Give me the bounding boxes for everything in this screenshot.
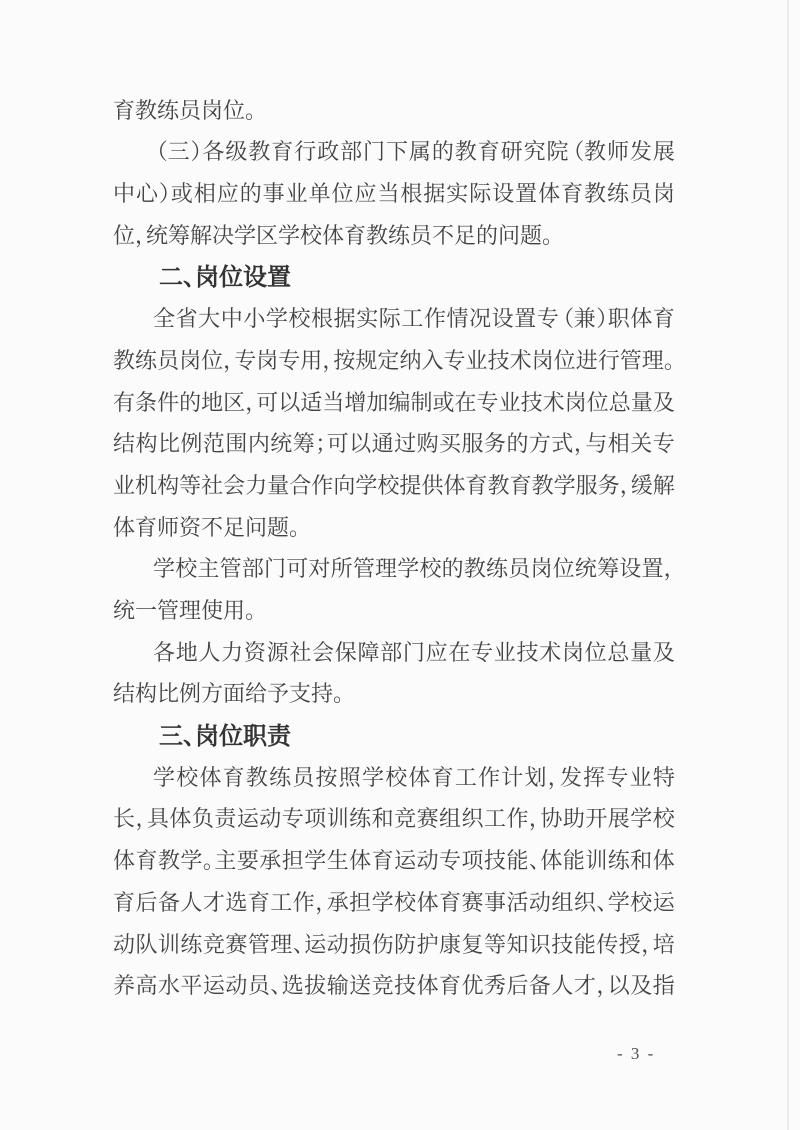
text-line: 长，具体负责运动专项训练和竞赛组织工作，协助开展学校 — [113, 799, 675, 841]
document-body: 育教练员岗位。 （三）各级教育行政部门下属的教育研究院（教师发展 中心）或相应的… — [113, 90, 675, 1007]
section-heading: 三、岗位职责 — [113, 715, 675, 757]
page-number: - 3 - — [617, 1044, 655, 1064]
text-line: 动队训练竞赛管理、运动损伤防护康复等知识技能传授，培 — [113, 924, 675, 966]
text-line: 各地人力资源社会保障部门应在专业技术岗位总量及 — [113, 632, 675, 674]
text-line: 体育师资不足问题。 — [113, 507, 675, 549]
text-line: 中心）或相应的事业单位应当根据实际设置体育教练员岗 — [113, 173, 675, 215]
text-line: 学校体育教练员按照学校体育工作计划，发挥专业特 — [113, 757, 675, 799]
text-line: 位，统筹解决学区学校体育教练员不足的问题。 — [113, 215, 675, 257]
text-line: 统一管理使用。 — [113, 590, 675, 632]
text-line: 教练员岗位，专岗专用，按规定纳入专业技术岗位进行管理。 — [113, 340, 675, 382]
scanned-document-page: 育教练员岗位。 （三）各级教育行政部门下属的教育研究院（教师发展 中心）或相应的… — [0, 0, 800, 1130]
text-line: 育后备人才选育工作，承担学校体育赛事活动组织、学校运 — [113, 882, 675, 924]
text-line: 有条件的地区，可以适当增加编制或在专业技术岗位总量及 — [113, 382, 675, 424]
text-line: 结构比例范围内统筹；可以通过购买服务的方式，与相关专 — [113, 424, 675, 466]
text-line: 结构比例方面给予支持。 — [113, 674, 675, 716]
text-line: 业机构等社会力量合作向学校提供体育教育教学服务，缓解 — [113, 465, 675, 507]
section-heading: 二、岗位设置 — [113, 257, 675, 299]
scan-edge-line — [787, 0, 789, 1130]
text-line: 育教练员岗位。 — [113, 90, 675, 132]
text-line: 体育教学。主要承担学生体育运动专项技能、体能训练和体 — [113, 840, 675, 882]
text-line: 学校主管部门可对所管理学校的教练员岗位统筹设置， — [113, 549, 675, 591]
text-line: 养高水平运动员、选拔输送竞技体育优秀后备人才，以及指 — [113, 965, 675, 1007]
text-line: 全省大中小学校根据实际工作情况设置专（兼）职体育 — [113, 298, 675, 340]
text-line: （三）各级教育行政部门下属的教育研究院（教师发展 — [113, 132, 675, 174]
